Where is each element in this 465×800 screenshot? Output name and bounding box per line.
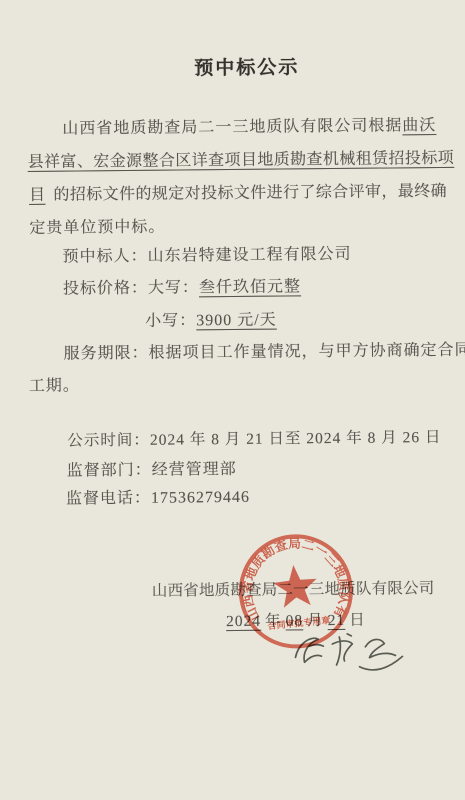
paper-sheet: 预中标公示 山西省地质勘查局二一三地质队有限公司根据曲沃 县祥富、宏金源整合区详… bbox=[0, 0, 465, 800]
supervise-phone-value: 17536279446 bbox=[151, 489, 250, 507]
price-label: 投标价格： bbox=[63, 280, 148, 298]
lower-label: 小写： bbox=[145, 312, 196, 329]
winner-label: 预中标人： bbox=[63, 248, 148, 266]
winner-value: 山东岩特建设工程有限公司 bbox=[148, 246, 352, 265]
caps-label: 大写： bbox=[148, 279, 199, 296]
paragraph-line-2: 县祥富、宏金源整合区详查项目地质勘查机械租赁招投标项 bbox=[28, 145, 455, 172]
supervise-dept-row: 监督部门：经营管理部 bbox=[67, 456, 237, 481]
service-value-line2: 工期。 bbox=[29, 372, 80, 395]
service-row: 服务期限：根据项目工作量情况，与甲方协商确定合同 bbox=[63, 337, 465, 364]
supervise-dept-label: 监督部门： bbox=[67, 462, 152, 480]
seal-caption: 合同审批专用章 bbox=[267, 614, 331, 631]
price-caps-value: 叁仟玖佰元整 bbox=[199, 278, 301, 296]
price-lower-value: 3900 元/天 bbox=[196, 312, 277, 330]
service-label: 服务期限： bbox=[63, 345, 148, 363]
winner-row: 预中标人：山东岩特建设工程有限公司 bbox=[62, 241, 351, 267]
price-lower-row: 小写：3900 元/天 bbox=[145, 307, 277, 331]
document-photo: 预中标公示 山西省地质勘查局二一三地质队有限公司根据曲沃 县祥富、宏金源整合区详… bbox=[0, 0, 465, 800]
project-name-part2: 县祥富、宏金源整合区详查项目地质勘查机械租赁招投标项 bbox=[28, 150, 455, 171]
paragraph-line-3: 目的招标文件的规定对投标文件进行了综合评审，最终确 bbox=[29, 178, 447, 205]
service-value-line1: 根据项目工作量情况，与甲方协商确定合同 bbox=[148, 342, 465, 362]
paragraph-line-4: 定贵单位预中标。 bbox=[29, 214, 165, 238]
paragraph-intro: 山西省地质勘查局二一三地质队有限公司根据 bbox=[62, 117, 402, 137]
seal-star-icon bbox=[271, 563, 319, 609]
project-name-part1: 曲沃 bbox=[402, 117, 436, 134]
official-seal-stamp: 山西省地质勘查局二一三地质队有限公司 合同审批专用章 bbox=[227, 523, 365, 661]
supervise-phone-row: 监督电话：17536279446 bbox=[66, 484, 250, 509]
page-title: 预中标公示 bbox=[32, 51, 462, 82]
publicity-time-row: 公示时间：2024 年 8 月 21 日至 2024 年 8 月 26 日 bbox=[67, 425, 441, 451]
project-name-part3: 目 bbox=[29, 187, 46, 204]
publicity-time-label: 公示时间： bbox=[67, 432, 150, 450]
supervise-dept-value: 经营管理部 bbox=[152, 461, 237, 479]
supervise-phone-label: 监督电话： bbox=[66, 490, 151, 508]
price-caps-row: 投标价格：大写：叁仟玖佰元整 bbox=[63, 273, 301, 298]
paragraph-body: 的招标文件的规定对投标文件进行了综合评审，最终确 bbox=[53, 183, 447, 204]
publicity-time-value: 2024 年 8 月 21 日至 2024 年 8 月 26 日 bbox=[150, 429, 442, 449]
paragraph-line-1: 山西省地质勘查局二一三地质队有限公司根据曲沃 bbox=[62, 112, 436, 139]
